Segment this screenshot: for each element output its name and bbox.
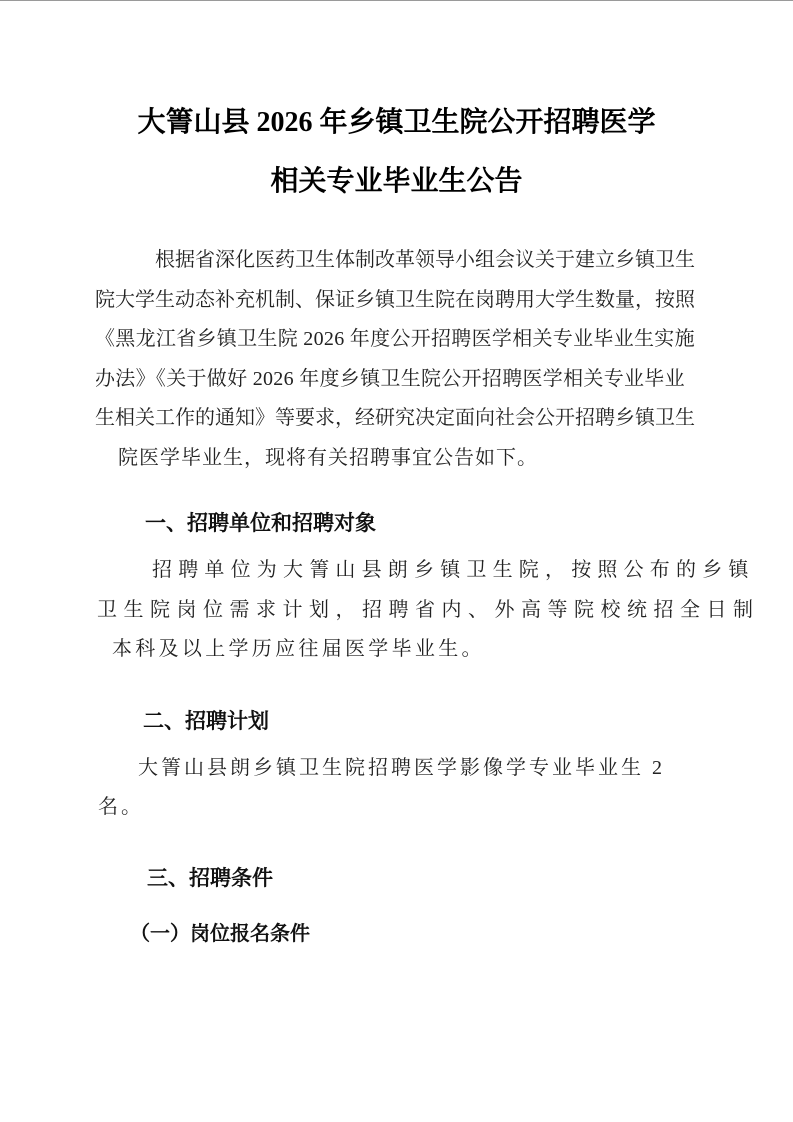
document-title: 大箐山县 2026 年乡镇卫生院公开招聘医学相关专业毕业生公告	[95, 93, 698, 211]
section-1-heading: 一、招聘单位和招聘对象	[95, 504, 785, 544]
text-line: 《黑龙江省乡镇卫生院 2026 年度公开招聘医学相关专业毕业生实施	[95, 320, 785, 360]
section-3-sub-heading: （一）岗位报名条件	[95, 914, 785, 954]
text-line: 大箐山县 2026 年乡镇卫生院公开招聘医学	[95, 93, 698, 152]
section-2-paragraph: 大箐山县朗乡镇卫生院招聘医学影像学专业毕业生 2名。	[95, 749, 785, 828]
text-line: 生相关工作的通知》等要求，经研究决定面向社会公开招聘乡镇卫生	[95, 399, 785, 439]
section-2-heading: 二、招聘计划	[95, 702, 785, 742]
text-line: 卫生院岗位需求计划，招聘省内、外高等院校统招全日制	[95, 591, 785, 631]
text-line: 院医学毕业生，现将有关招聘事宜公告如下。	[95, 439, 785, 479]
document-page: 大箐山县 2026 年乡镇卫生院公开招聘医学相关专业毕业生公告 根据省深化医药卫…	[95, 93, 785, 954]
section-3-heading: 三、招聘条件	[95, 859, 785, 899]
section-1-paragraph: 招聘单位为大箐山县朗乡镇卫生院，按照公布的乡镇卫生院岗位需求计划，招聘省内、外高…	[95, 551, 785, 670]
text-line: 院大学生动态补充机制、保证乡镇卫生院在岗聘用大学生数量，按照	[95, 281, 785, 321]
text-line: 根据省深化医药卫生体制改革领导小组会议关于建立乡镇卫生	[95, 241, 785, 281]
text-line: 本科及以上学历应往届医学毕业生。	[95, 630, 785, 670]
text-line: 大箐山县朗乡镇卫生院招聘医学影像学专业毕业生 2	[95, 749, 785, 789]
intro-paragraph: 根据省深化医药卫生体制改革领导小组会议关于建立乡镇卫生院大学生动态补充机制、保证…	[95, 241, 785, 478]
text-line: 相关专业毕业生公告	[95, 152, 698, 211]
text-line: 办法》《关于做好 2026 年度乡镇卫生院公开招聘医学相关专业毕业	[95, 360, 785, 400]
scan-top-edge-line	[0, 0, 793, 1]
text-line: 名。	[95, 788, 785, 828]
text-line: 招聘单位为大箐山县朗乡镇卫生院，按照公布的乡镇	[95, 551, 785, 591]
